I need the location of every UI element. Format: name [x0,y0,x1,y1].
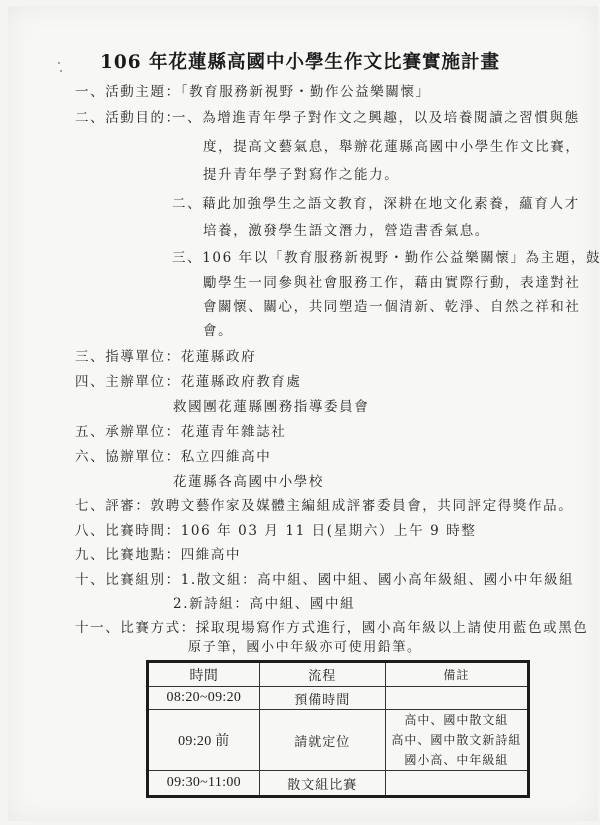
cell-process: 散文組比賽 [259,771,385,797]
section-4-organizer: 四、主辦單位：花蓮縣政府教育處 [75,370,302,390]
cell-notes [385,687,528,710]
section-9-venue: 九、比賽地點：四維高中 [75,543,241,563]
table-row: 09:30~11:00 散文組比賽 [148,771,529,797]
section-6-co-organizer: 六、協辦單位：私立四維高中 [75,445,271,465]
note-line: 高中、國中散文組 [386,710,527,730]
cell-time: 08:20~09:20 [148,687,260,710]
section-11-method-2: 原子筆，國小中年級亦可使用鉛筆。 [188,636,422,655]
section-1-theme: 一、活動主題：「教育服務新視野・勤作公益樂關懷」 [75,80,431,100]
table-row: 09:20 前 請就定位 高中、國中散文組 高中、國中散文新詩組 國小高、中年級… [148,710,529,771]
purpose-1-line-1: 一、為增進青年學子對作文之興趣，以及培養閱讀之習慣與態 [172,106,580,126]
purpose-1-line-2: 度，提高文藝氣息，舉辦花蓮縣高國中小學生作文比賽， [203,135,581,155]
purpose-3-line-3: 會關懷、關心，共同塑造一個清新、乾淨、自然之祥和社 [203,295,581,315]
section-4-organizer-2: 救國團花蓮縣團務指導委員會 [173,395,369,415]
note-line: 高中、國中散文新詩組 [386,730,527,750]
note-line: 國小高、中年級組 [386,750,527,770]
section-10-groups: 十、比賽組別：1.散文組：高中組、國中組、國小高年級組、國小中年級組 [75,568,574,588]
table-header-row: 時間 流程 備註 [148,662,529,687]
section-11-method: 十一、比賽方式：採取現場寫作方式進行，國小高年級以上請使用藍色或黑色 [75,616,588,636]
section-10-groups-2: 2.新詩組：高中組、國中組 [173,592,355,612]
schedule-table: 時間 流程 備註 08:20~09:20 預備時間 09:20 前 請就定位 高… [146,660,530,798]
purpose-3-line-1: 三、106 年以「教育服務新視野・勤作公益樂關懷」為主題，鼓 [172,246,600,266]
cell-process: 預備時間 [259,687,385,710]
cell-notes [385,771,528,797]
purpose-1-line-3: 提升青年學子對寫作之能力。 [203,163,399,183]
purpose-2-line-2: 培養，激發學生語文潛力，營造書香氣息。 [203,219,490,239]
cell-time: 09:30~11:00 [148,771,260,797]
section-5-executor: 五、承辦單位：花蓮青年雜誌社 [75,420,286,440]
header-notes: 備註 [385,662,528,687]
header-process: 流程 [259,662,385,687]
document-title: 106 年花蓮縣高國中小學生作文比賽實施計畫 [0,48,600,74]
cell-process: 請就定位 [259,710,385,771]
purpose-2-line-1: 二、藉此加強學生之語文教育，深耕在地文化素養，蘊育人才 [172,192,580,212]
section-3-advisor: 三、指導單位：花蓮縣政府 [75,345,256,365]
header-time: 時間 [148,662,260,687]
section-8-time: 八、比賽時間：106 年 03 月 11 日(星期六）上午 9 時整 [75,519,476,539]
cell-time: 09:20 前 [148,710,260,771]
purpose-3-line-4: 會。 [203,319,233,339]
section-7-judging: 七、評審：敦聘文藝作家及媒體主編組成評審委員會，共同評定得獎作品。 [75,494,573,514]
table-row: 08:20~09:20 預備時間 [148,687,529,710]
section-2-label: 二、活動目的： [75,106,181,126]
purpose-3-line-2: 勵學生一同參與社會服務工作，藉由實際行動，表達對社 [203,271,581,291]
section-6-co-organizer-2: 花蓮縣各高國中小學校 [173,470,324,490]
cell-notes: 高中、國中散文組 高中、國中散文新詩組 國小高、中年級組 [385,710,528,771]
